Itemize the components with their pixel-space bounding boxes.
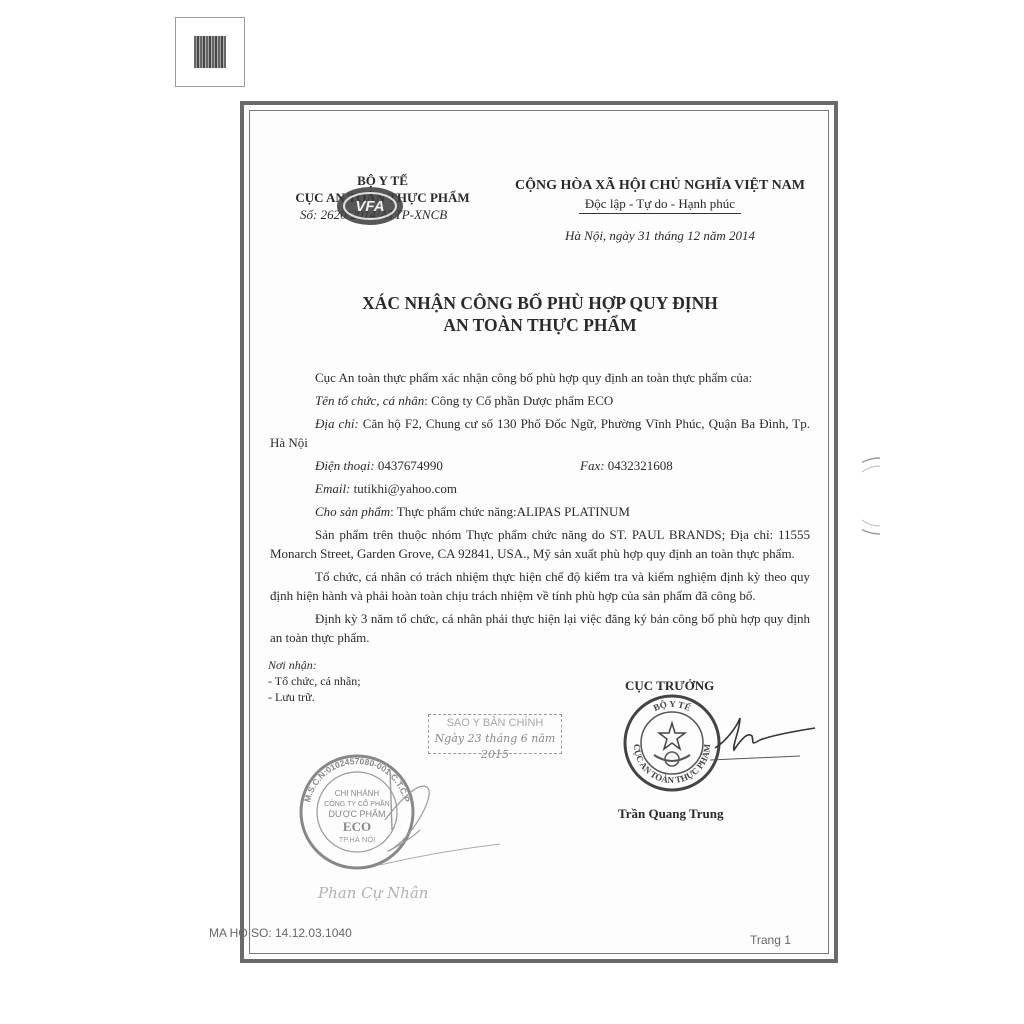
copy-stamp-date: Ngày 23 tháng 6 năm 2015 (429, 731, 561, 763)
phone-value: 0437674990 (375, 458, 443, 473)
fax-value: 0432321608 (605, 458, 673, 473)
title-line-2: AN TOÀN THỰC PHẨM (270, 314, 810, 336)
email-line: Email: tutikhi@yahoo.com (270, 479, 810, 498)
paragraph-responsibility: Tổ chức, cá nhân có trách nhiệm thực hiệ… (270, 567, 810, 605)
product-label: Cho sản phẩm (315, 504, 390, 519)
issue-date: Hà Nội, ngày 31 tháng 12 năm 2014 (505, 228, 815, 244)
title-line-1: XÁC NHẬN CÔNG BỐ PHÙ HỢP QUY ĐỊNH (270, 292, 810, 314)
qr-code-icon (194, 36, 226, 68)
email-value: tutikhi@yahoo.com (350, 481, 457, 496)
partial-seal-icon (862, 456, 902, 536)
copy-stamp-title: SAO Y BẢN CHÍNH (429, 715, 561, 731)
paragraph-manufacturer: Sản phẩm trên thuộc nhóm Thực phẩm chức … (270, 525, 810, 563)
address-line: Địa chỉ: Căn hộ F2, Chung cư số 130 Phố … (270, 414, 810, 452)
svg-text:BỘ Y TẾ: BỘ Y TẾ (652, 699, 692, 713)
email-label: Email: (315, 481, 350, 496)
company-signer-name: Phan Cự Nhân (318, 884, 428, 902)
director-name: Trần Quang Trung (618, 806, 723, 822)
svg-text:TP.HÀ NỘI: TP.HÀ NỘI (339, 835, 376, 844)
phone-line: Điện thoại: 0437674990 (270, 456, 580, 475)
org-value: : Công ty Cổ phần Dược phẩm ECO (424, 393, 613, 408)
national-motto: Độc lập - Tự do - Hạnh phúc (579, 196, 741, 214)
contact-row: Điện thoại: 0437674990 Fax: 0432321608 (270, 456, 810, 475)
phone-label: Điện thoại: (315, 458, 375, 473)
org-line: Tên tổ chức, cá nhân: Công ty Cổ phần Dư… (270, 391, 810, 410)
product-value: : Thực phẩm chức năng:ALIPAS PLATINUM (390, 504, 630, 519)
org-label: Tên tổ chức, cá nhân (315, 393, 424, 408)
intro-text: Cục An toàn thực phẩm xác nhận công bố p… (270, 368, 810, 387)
svg-text:VFA: VFA (355, 198, 384, 215)
paragraph-renewal: Định kỳ 3 năm tổ chức, cá nhân phải thực… (270, 609, 810, 647)
director-title: CỤC TRƯỞNG (625, 678, 714, 694)
recipient-item: - Lưu trữ. (268, 689, 361, 705)
ministry-seal-icon: BỘ Y TẾ CỤC AN TOÀN THỰC PHẨM (622, 693, 722, 793)
document-title: XÁC NHẬN CÔNG BỐ PHÙ HỢP QUY ĐỊNH AN TOÀ… (270, 292, 810, 336)
svg-text:CHI NHÁNH: CHI NHÁNH (335, 789, 380, 798)
document-body: Cục An toàn thực phẩm xác nhận công bố p… (270, 368, 810, 647)
page-number: Trang 1 (750, 933, 791, 947)
nation-name: CỘNG HÒA XÃ HỘI CHỦ NGHĨA VIỆT NAM (505, 178, 815, 194)
recipient-item: - Tổ chức, cá nhân; (268, 673, 361, 689)
product-line: Cho sản phẩm: Thực phẩm chức năng:ALIPAS… (270, 502, 810, 521)
company-signature-icon (380, 770, 500, 880)
vfa-logo-icon: VFA (335, 185, 405, 227)
fax-label: Fax: (580, 458, 605, 473)
national-header: CỘNG HÒA XÃ HỘI CHỦ NGHĨA VIỆT NAM Độc l… (505, 178, 815, 244)
file-code: MA HO SO: 14.12.03.1040 (209, 926, 352, 940)
recipients-block: Nơi nhận: - Tổ chức, cá nhân; - Lưu trữ. (268, 657, 361, 705)
svg-text:ECO: ECO (343, 819, 371, 834)
director-signature-icon (710, 710, 820, 770)
address-label: Địa chỉ: (315, 416, 359, 431)
certified-copy-stamp: SAO Y BẢN CHÍNH Ngày 23 tháng 6 năm 2015 (428, 714, 562, 754)
recipients-label: Nơi nhận: (268, 657, 361, 673)
qr-code-box (175, 17, 245, 87)
fax-line: Fax: 0432321608 (580, 456, 673, 475)
svg-text:DƯỢC PHẨM: DƯỢC PHẨM (329, 808, 386, 819)
